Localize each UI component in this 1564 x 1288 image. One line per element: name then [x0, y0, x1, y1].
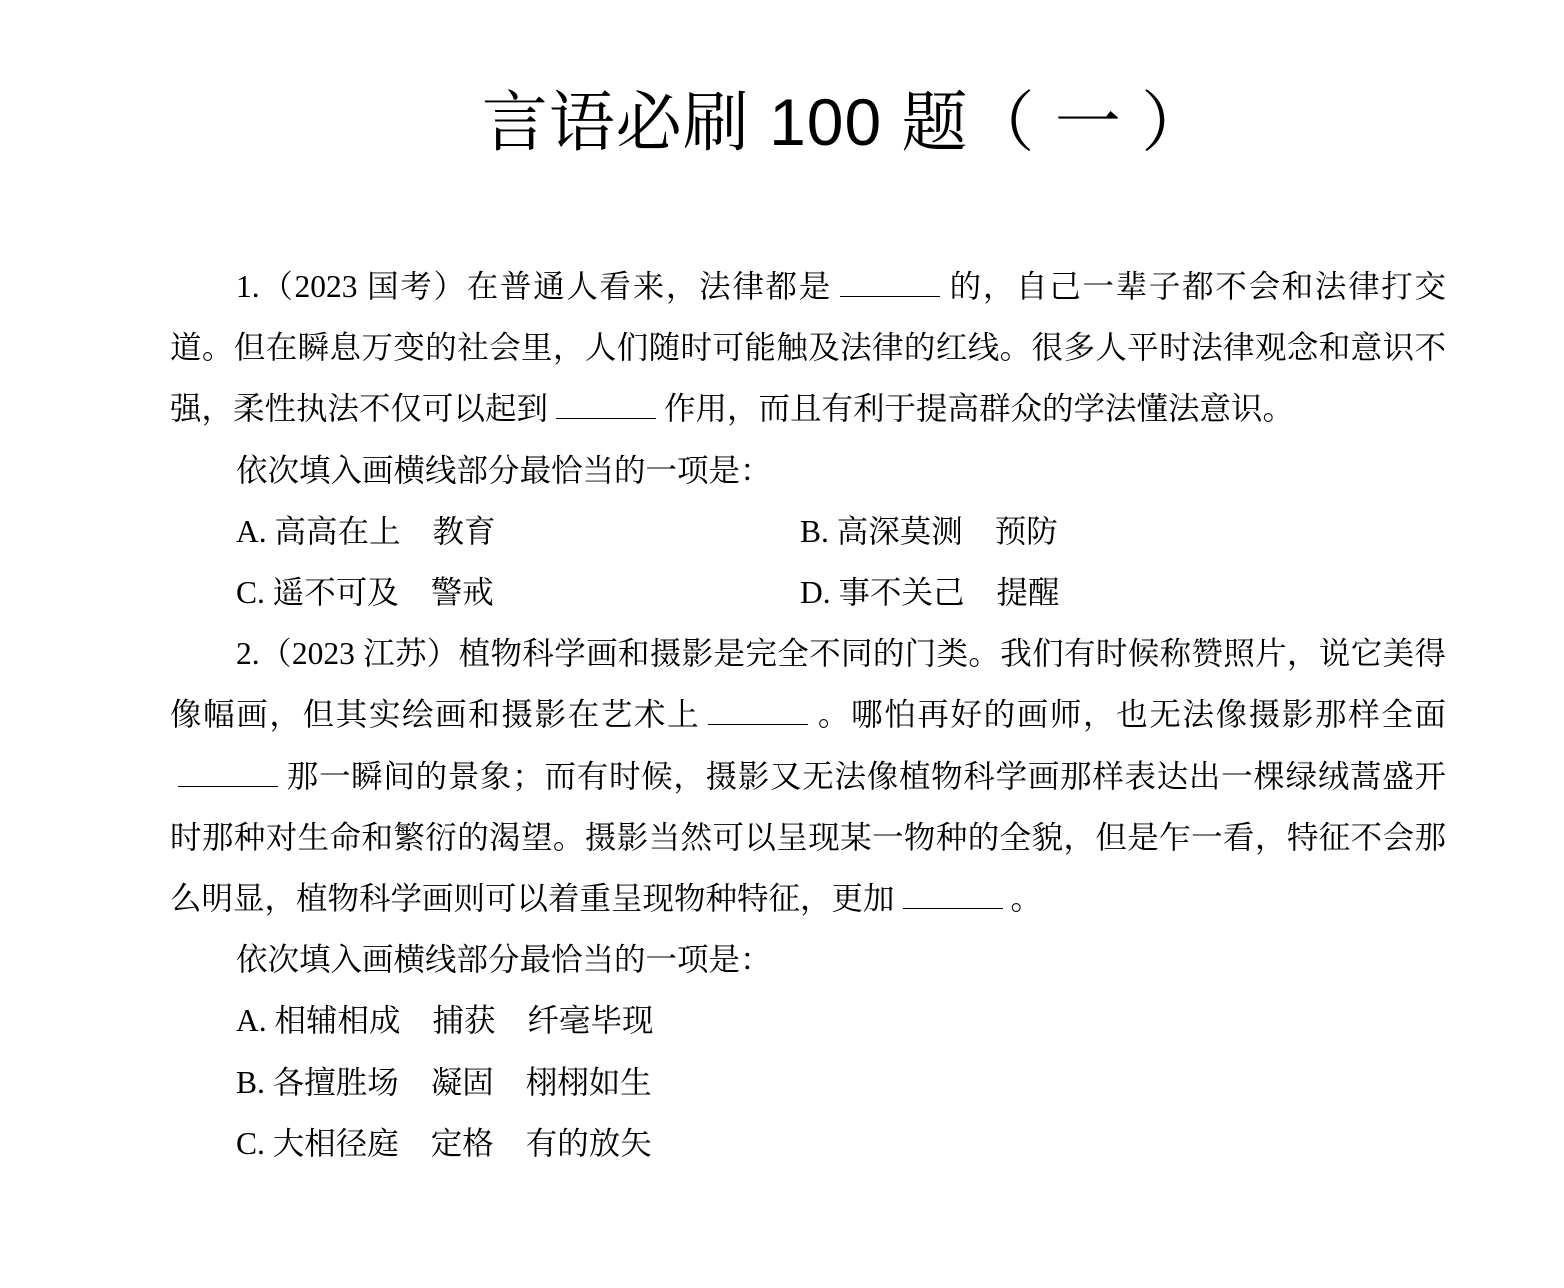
fill-blank	[556, 394, 656, 419]
option-b[interactable]: B. 高深莫测预防	[800, 501, 1364, 562]
question-number: 1.	[236, 269, 260, 304]
fill-blank	[708, 700, 808, 725]
question-1-stem: 1.（2023 国考）在普通人看来，法律都是的，自己一辈子都不会和法律打交道。但…	[170, 256, 1446, 440]
document-body: 1.（2023 国考）在普通人看来，法律都是的，自己一辈子都不会和法律打交道。但…	[170, 256, 1446, 1174]
option-word: 教育	[433, 514, 496, 549]
question-number: 2.	[236, 636, 260, 671]
option-word: 纤毫毕现	[528, 1003, 654, 1038]
question-2-prompt: 依次填入画横线部分最恰当的一项是：	[170, 929, 1446, 990]
option-letter: C.	[236, 1126, 265, 1161]
option-word: 预防	[995, 514, 1058, 549]
option-word: 捕获	[433, 1003, 496, 1038]
stem-text: 。哪怕再好的画师，也无法像摄影那样全面	[816, 697, 1446, 732]
fill-blank	[903, 884, 1003, 909]
stem-text: 那一瞬间的景象；而有时候，摄影又无法像植物科学画那样表达出一棵绿绒蒿盛开时那种对…	[170, 759, 1446, 916]
option-letter: A.	[236, 1003, 267, 1038]
option-a[interactable]: A. 相辅相成捕获纤毫毕现	[170, 990, 1446, 1051]
option-b[interactable]: B. 各擅胜场凝固栩栩如生	[170, 1052, 1446, 1113]
option-word: 事不关己	[839, 575, 965, 610]
option-letter: B.	[800, 514, 829, 549]
option-word: 高高在上	[275, 514, 401, 549]
option-word: 各擅胜场	[273, 1065, 399, 1100]
option-letter: B.	[236, 1065, 265, 1100]
option-word: 提醒	[997, 575, 1060, 610]
question-2-stem: 2.（2023 江苏）植物科学画和摄影是完全不同的门类。我们有时候称赞照片，说它…	[170, 623, 1446, 929]
option-d[interactable]: D. 事不关己提醒	[800, 562, 1364, 623]
option-letter: A.	[236, 514, 267, 549]
option-word: 相辅相成	[275, 1003, 401, 1038]
option-word: 凝固	[431, 1065, 494, 1100]
option-word: 大相径庭	[273, 1126, 399, 1161]
stem-text: 。	[1011, 881, 1043, 916]
option-c[interactable]: C. 大相径庭定格有的放矢	[170, 1113, 1446, 1174]
question-source: （2023 江苏）	[260, 636, 459, 671]
stem-text: 作用，而且有利于提高群众的学法懂法意识。	[664, 391, 1294, 426]
option-word: 高深莫测	[837, 514, 963, 549]
question-source: （2023 国考）	[260, 269, 467, 304]
stem-text: 在普通人看来，法律都是	[467, 269, 832, 304]
page-title: 言语必刷 100 题（ 一 ）	[0, 82, 1564, 162]
option-word: 定格	[431, 1126, 494, 1161]
fill-blank	[840, 272, 940, 297]
fill-blank	[178, 762, 278, 787]
option-letter: D.	[800, 575, 831, 610]
question-1-prompt: 依次填入画横线部分最恰当的一项是：	[170, 440, 1446, 501]
option-word: 遥不可及	[273, 575, 399, 610]
option-a[interactable]: A. 高高在上教育	[236, 501, 800, 562]
option-letter: C.	[236, 575, 265, 610]
option-word: 有的放矢	[526, 1126, 652, 1161]
question-1-options-row-1: A. 高高在上教育 B. 高深莫测预防	[170, 501, 1446, 562]
option-c[interactable]: C. 遥不可及警戒	[236, 562, 800, 623]
question-1-options-row-2: C. 遥不可及警戒 D. 事不关己提醒	[170, 562, 1446, 623]
option-word: 警戒	[431, 575, 494, 610]
option-word: 栩栩如生	[526, 1065, 652, 1100]
